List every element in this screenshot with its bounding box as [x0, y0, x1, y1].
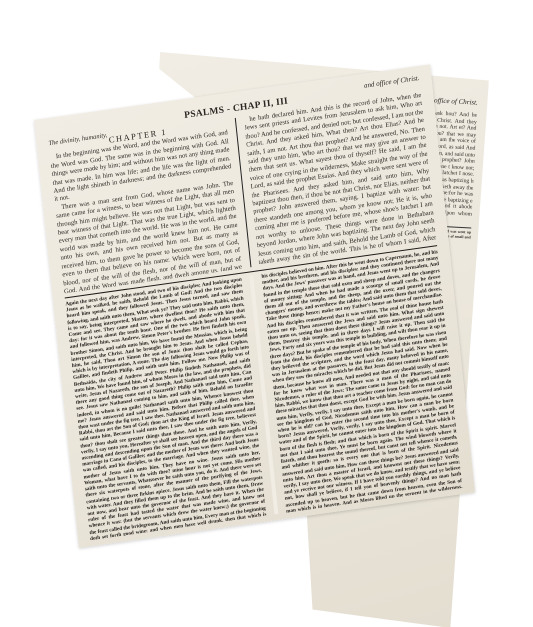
upper-left-column: CHAPTER 1 In the beginning was the Word,…	[49, 119, 242, 293]
upper-right-column: he hath declared him. And this is the re…	[243, 92, 436, 266]
lower-columns: Again the next day after John stood, and…	[65, 249, 462, 540]
front-page-sheet: PSALMS - CHAP II, III and office of Chri…	[34, 64, 475, 548]
lower-right-column: his disciples believed on him. After thi…	[261, 249, 462, 513]
header-right-title: and office of Christ.	[364, 74, 420, 90]
paragraph: he hath declared him. And this is the re…	[243, 92, 436, 266]
lower-left-column: Again the next day after John stood, and…	[65, 277, 266, 541]
